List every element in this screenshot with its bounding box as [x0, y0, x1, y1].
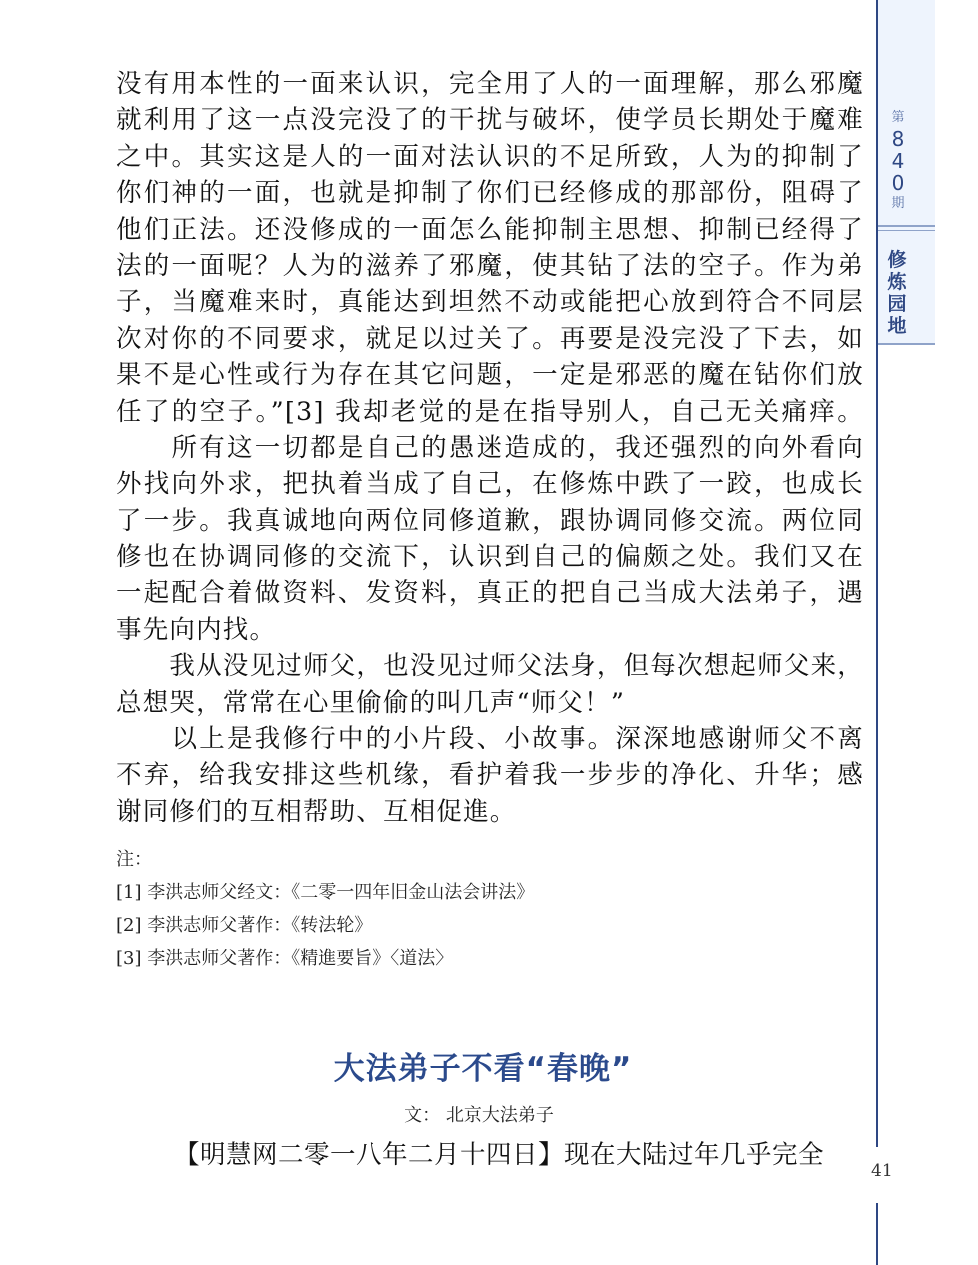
sidebar-divider: [878, 225, 935, 231]
issue-digit: 4: [884, 150, 912, 172]
article-body: 没有用本性的一面来认识，完全用了人的一面理解，那么邪魔 就利用了这一点没完没了的…: [116, 66, 864, 830]
body-line: 法的一面呢？人为的滋养了邪魔，使其钻了法的空子。作为弟: [116, 248, 864, 284]
section-name: 修 炼 园 地: [882, 249, 912, 337]
body-line: 你们神的一面，也就是抑制了你们已经修成的那部份，阻碍了: [116, 175, 864, 211]
body-line: 我从没见过师父，也没见过师父法身，但每次想起师父来，: [116, 648, 864, 684]
next-article-lead: 【明慧网二零一八年二月十四日】现在大陆过年几乎完全: [174, 1135, 824, 1171]
body-line: 谢同修们的互相帮助、互相促進。: [116, 794, 864, 830]
body-line: 所有这一切都是自己的愚迷造成的，我还强烈的向外看向: [116, 430, 864, 466]
section-char: 园: [882, 293, 912, 315]
next-article-title: 大法弟子不看“春晚”: [0, 1043, 978, 1088]
body-line: 之中。其实这是人的一面对法认识的不足所致，人为的抑制了: [116, 139, 864, 175]
body-line: 没有用本性的一面来认识，完全用了人的一面理解，那么邪魔: [116, 66, 864, 102]
margin-rule: [876, 345, 878, 1147]
body-line: 任了的空子。”[3] 我却老觉的是在指导别人，自己无关痛痒。: [116, 394, 864, 430]
section-char: 地: [882, 315, 912, 337]
issue-digit: 0: [884, 172, 912, 194]
section-char: 炼: [882, 271, 912, 293]
body-line: 次对你的不同要求，就足以过关了。再要是没完没了下去，如: [116, 321, 864, 357]
next-article-byline: 文： 北京大法弟子: [0, 1101, 978, 1127]
body-line: 他们正法。还没修成的一面怎么能抑制主思想、抑制已经得了: [116, 212, 864, 248]
issue-sidebar-panel: 第 8 4 0 期 修 炼 园 地: [876, 0, 935, 345]
footnotes-heading: 注：: [116, 843, 534, 876]
body-line: 修也在协调同修的交流下，认识到自己的偏颇之处。我们又在: [116, 539, 864, 575]
sidebar-bottom-rule: [878, 343, 935, 345]
body-line: 外找向外求，把执着当成了自己，在修炼中跌了一跤，也成长: [116, 466, 864, 502]
issue-digit: 8: [884, 128, 912, 150]
section-char: 修: [882, 249, 912, 271]
body-line: 以上是我修行中的小片段、小故事。深深地感谢师父不离: [116, 721, 864, 757]
issue-number: 第 8 4 0 期: [884, 108, 912, 214]
body-line: 子，当魔难来时，真能达到坦然不动或能把心放到符合不同层: [116, 284, 864, 320]
body-line: 不弃，给我安排这些机缘，看护着我一步步的净化、升华；感: [116, 757, 864, 793]
body-line: 一起配合着做资料、发资料，真正的把自己当成大法弟子，遇: [116, 575, 864, 611]
footnote-item: [1] 李洪志师父经文：《二零一四年旧金山法会讲法》: [116, 876, 534, 909]
margin-rule: [876, 1203, 878, 1265]
page-number: 41: [871, 1161, 893, 1181]
body-line: 事先向内找。: [116, 612, 864, 648]
body-line: 果不是心性或行为存在其它问题，一定是邪恶的魔在钻你们放: [116, 357, 864, 393]
body-line: 总想哭，常常在心里偷偷的叫几声“师父！”: [116, 685, 864, 721]
issue-prefix: 第: [884, 108, 912, 128]
footnote-item: [3] 李洪志师父著作：《精進要旨》〈道法〉: [116, 942, 534, 975]
body-line: 就利用了这一点没完没了的干扰与破坏，使学员长期处于魔难: [116, 102, 864, 138]
issue-suffix: 期: [884, 194, 912, 214]
footnote-item: [2] 李洪志师父著作：《转法轮》: [116, 909, 534, 942]
footnotes: 注： [1] 李洪志师父经文：《二零一四年旧金山法会讲法》 [2] 李洪志师父著…: [116, 843, 534, 975]
body-line: 了一步。我真诚地向两位同修道歉，跟协调同修交流。两位同: [116, 503, 864, 539]
